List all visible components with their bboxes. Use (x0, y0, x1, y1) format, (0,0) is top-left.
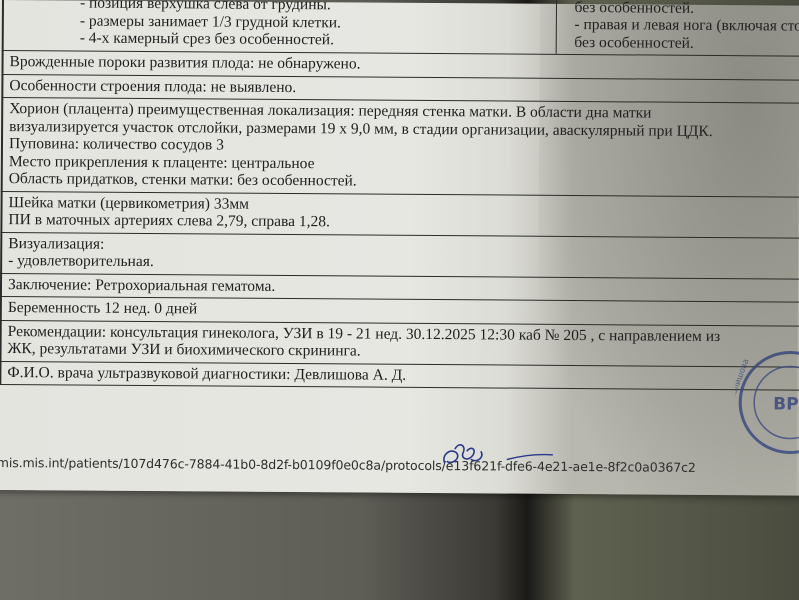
report-sheet: - позиция верхушка слева от грудины. - р… (0, 0, 799, 496)
limbs-line-4: без особенностей. (574, 34, 799, 53)
structure-text: Особенности строения плода: не выявлено. (9, 77, 799, 100)
visualization-row: Визуализация: - удовлетворительная. (0, 233, 799, 280)
heart-line-3: - 4-х камерный срез без особенностей. (80, 30, 550, 51)
print-footer-url: mis.mis.int/patients/107d476c-7884-41b0-… (0, 455, 696, 475)
pregnancy-text: Беременность 12 нед. 0 дней (8, 299, 799, 322)
heart-findings-cell: - позиция верхушка слева от грудины. - р… (4, 0, 557, 54)
limbs-line-3: - правая и левая нога (включая стопы) (574, 16, 799, 35)
conclusion-text: Заключение: Ретрохориальная гематома. (8, 276, 799, 299)
limbs-line-2: без особенностей. (575, 0, 799, 18)
chorion-row: Хорион (плацента) преимущественная локал… (1, 98, 799, 197)
limbs-findings-cell: - правая и левая рука (включая кисти) бе… (556, 0, 799, 56)
recommendations-row: Рекомендации: консультация гинеколога, У… (0, 321, 799, 368)
cervix-row: Шейка матки (цервикометрия) 33мм ПИ в ма… (0, 192, 799, 239)
malformations-text: Врожденные пороки развития плода: не обн… (10, 53, 799, 76)
doctor-row: Ф.И.О. врача ультразвуковой диагностики:… (0, 362, 799, 391)
stamp-center-text: ВРАЧ (773, 394, 799, 414)
fetal-anatomy-row: - позиция верхушка слева от грудины. - р… (2, 0, 799, 57)
doctor-name-text: Ф.И.О. врача ультразвуковой диагностики:… (7, 364, 799, 387)
report-table: - позиция верхушка слева от грудины. - р… (0, 0, 799, 391)
doctor-stamp: ВРАЧ Девлишова (735, 347, 799, 458)
signature-mark (437, 433, 557, 474)
stamp-ring-text: Девлишова (735, 357, 751, 405)
